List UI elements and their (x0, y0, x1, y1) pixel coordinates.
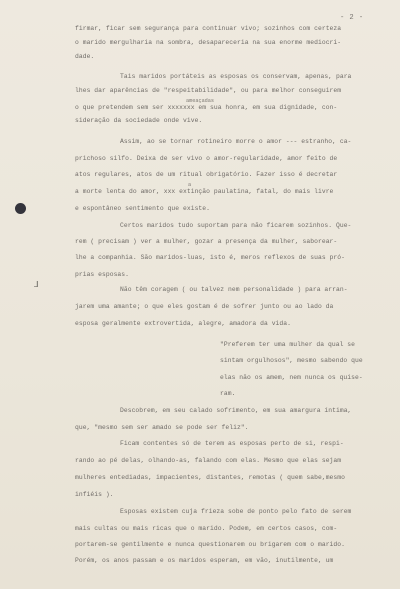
text-line: e espontâneo sentimento que existe. (75, 205, 210, 212)
text-line: Ficam contentes só de terem as esposas p… (120, 440, 344, 447)
text-line: firmar, ficar sem segurança para continu… (75, 25, 341, 32)
text-line: Certos maridos tudo suportam para não fi… (120, 222, 351, 229)
text-line: infiéis ). (75, 491, 114, 498)
margin-mark: ⅃ (34, 280, 38, 290)
text-line: sideração da sociedade onde vive. (75, 117, 202, 124)
quote-line: "Preferem ter uma mulher da qual se (220, 341, 355, 348)
text-line: a morte lenta do amor, xxx extinção paul… (75, 188, 333, 195)
text-line: que, "mesmo sem ser amado se pode ser fe… (75, 424, 249, 431)
text-line: prias esposas. (75, 271, 129, 278)
page-number: - 2 - (340, 14, 364, 22)
text-line: Descobrem, em seu calado sofrimento, em … (120, 407, 351, 414)
quote-line: ram. (220, 390, 235, 397)
text-line: rando ao pé delas, olhando-as, falando c… (75, 457, 341, 464)
quote-line: elas não os amem, nem nunca os quise- (220, 374, 363, 381)
text-line: Tais maridos portáteis as esposas os con… (120, 73, 351, 80)
text-line: portarem-se gentilmente e nunca question… (75, 541, 345, 548)
text-line: lhes dar aparências de "respeitabilidade… (75, 87, 341, 94)
text-line: jarem uma amante; o que eles gostam é de… (75, 303, 333, 310)
text-line: Porém, os anos passam e os maridos esper… (75, 557, 333, 564)
text-line: dade. (75, 53, 94, 60)
text-line: esposa geralmente extrovertida, alegre, … (75, 320, 291, 327)
text-line: Não têm coragem ( ou talvez nem personal… (120, 286, 348, 293)
text-line: Esposas existem cuja frieza sobe de pont… (120, 508, 351, 515)
text-line: prichoso silfo. Deixa de ser vivo o amor… (75, 155, 337, 162)
text-line: rem ( precisam ) ver a mulher, gozar a p… (75, 238, 337, 245)
text-line: o que pretendem sem ser xxxxxxx em sua h… (75, 104, 337, 111)
punch-hole (15, 203, 26, 214)
text-line: o marido mergulharia na sombra, desapare… (75, 39, 341, 46)
interlinear-correction: ameaçadas (186, 98, 214, 104)
document-page: - 2 - ⅃ firmar, ficar sem segurança para… (0, 0, 400, 589)
text-line: lhe a companhia. São maridos-luas, isto … (75, 254, 345, 261)
text-line: Assim, ao se tornar rotineiro morre o am… (120, 138, 351, 145)
interlinear-correction: a (188, 182, 191, 188)
text-line: atos regulares, atos de um ritual obriga… (75, 171, 337, 178)
text-line: mulheres entediadas, impacientes, distan… (75, 474, 345, 481)
text-line: mais cultas ou mais ricas que o marido. … (75, 525, 337, 532)
quote-line: sintam orgulhosos", mesmo sabendo que (220, 357, 363, 364)
